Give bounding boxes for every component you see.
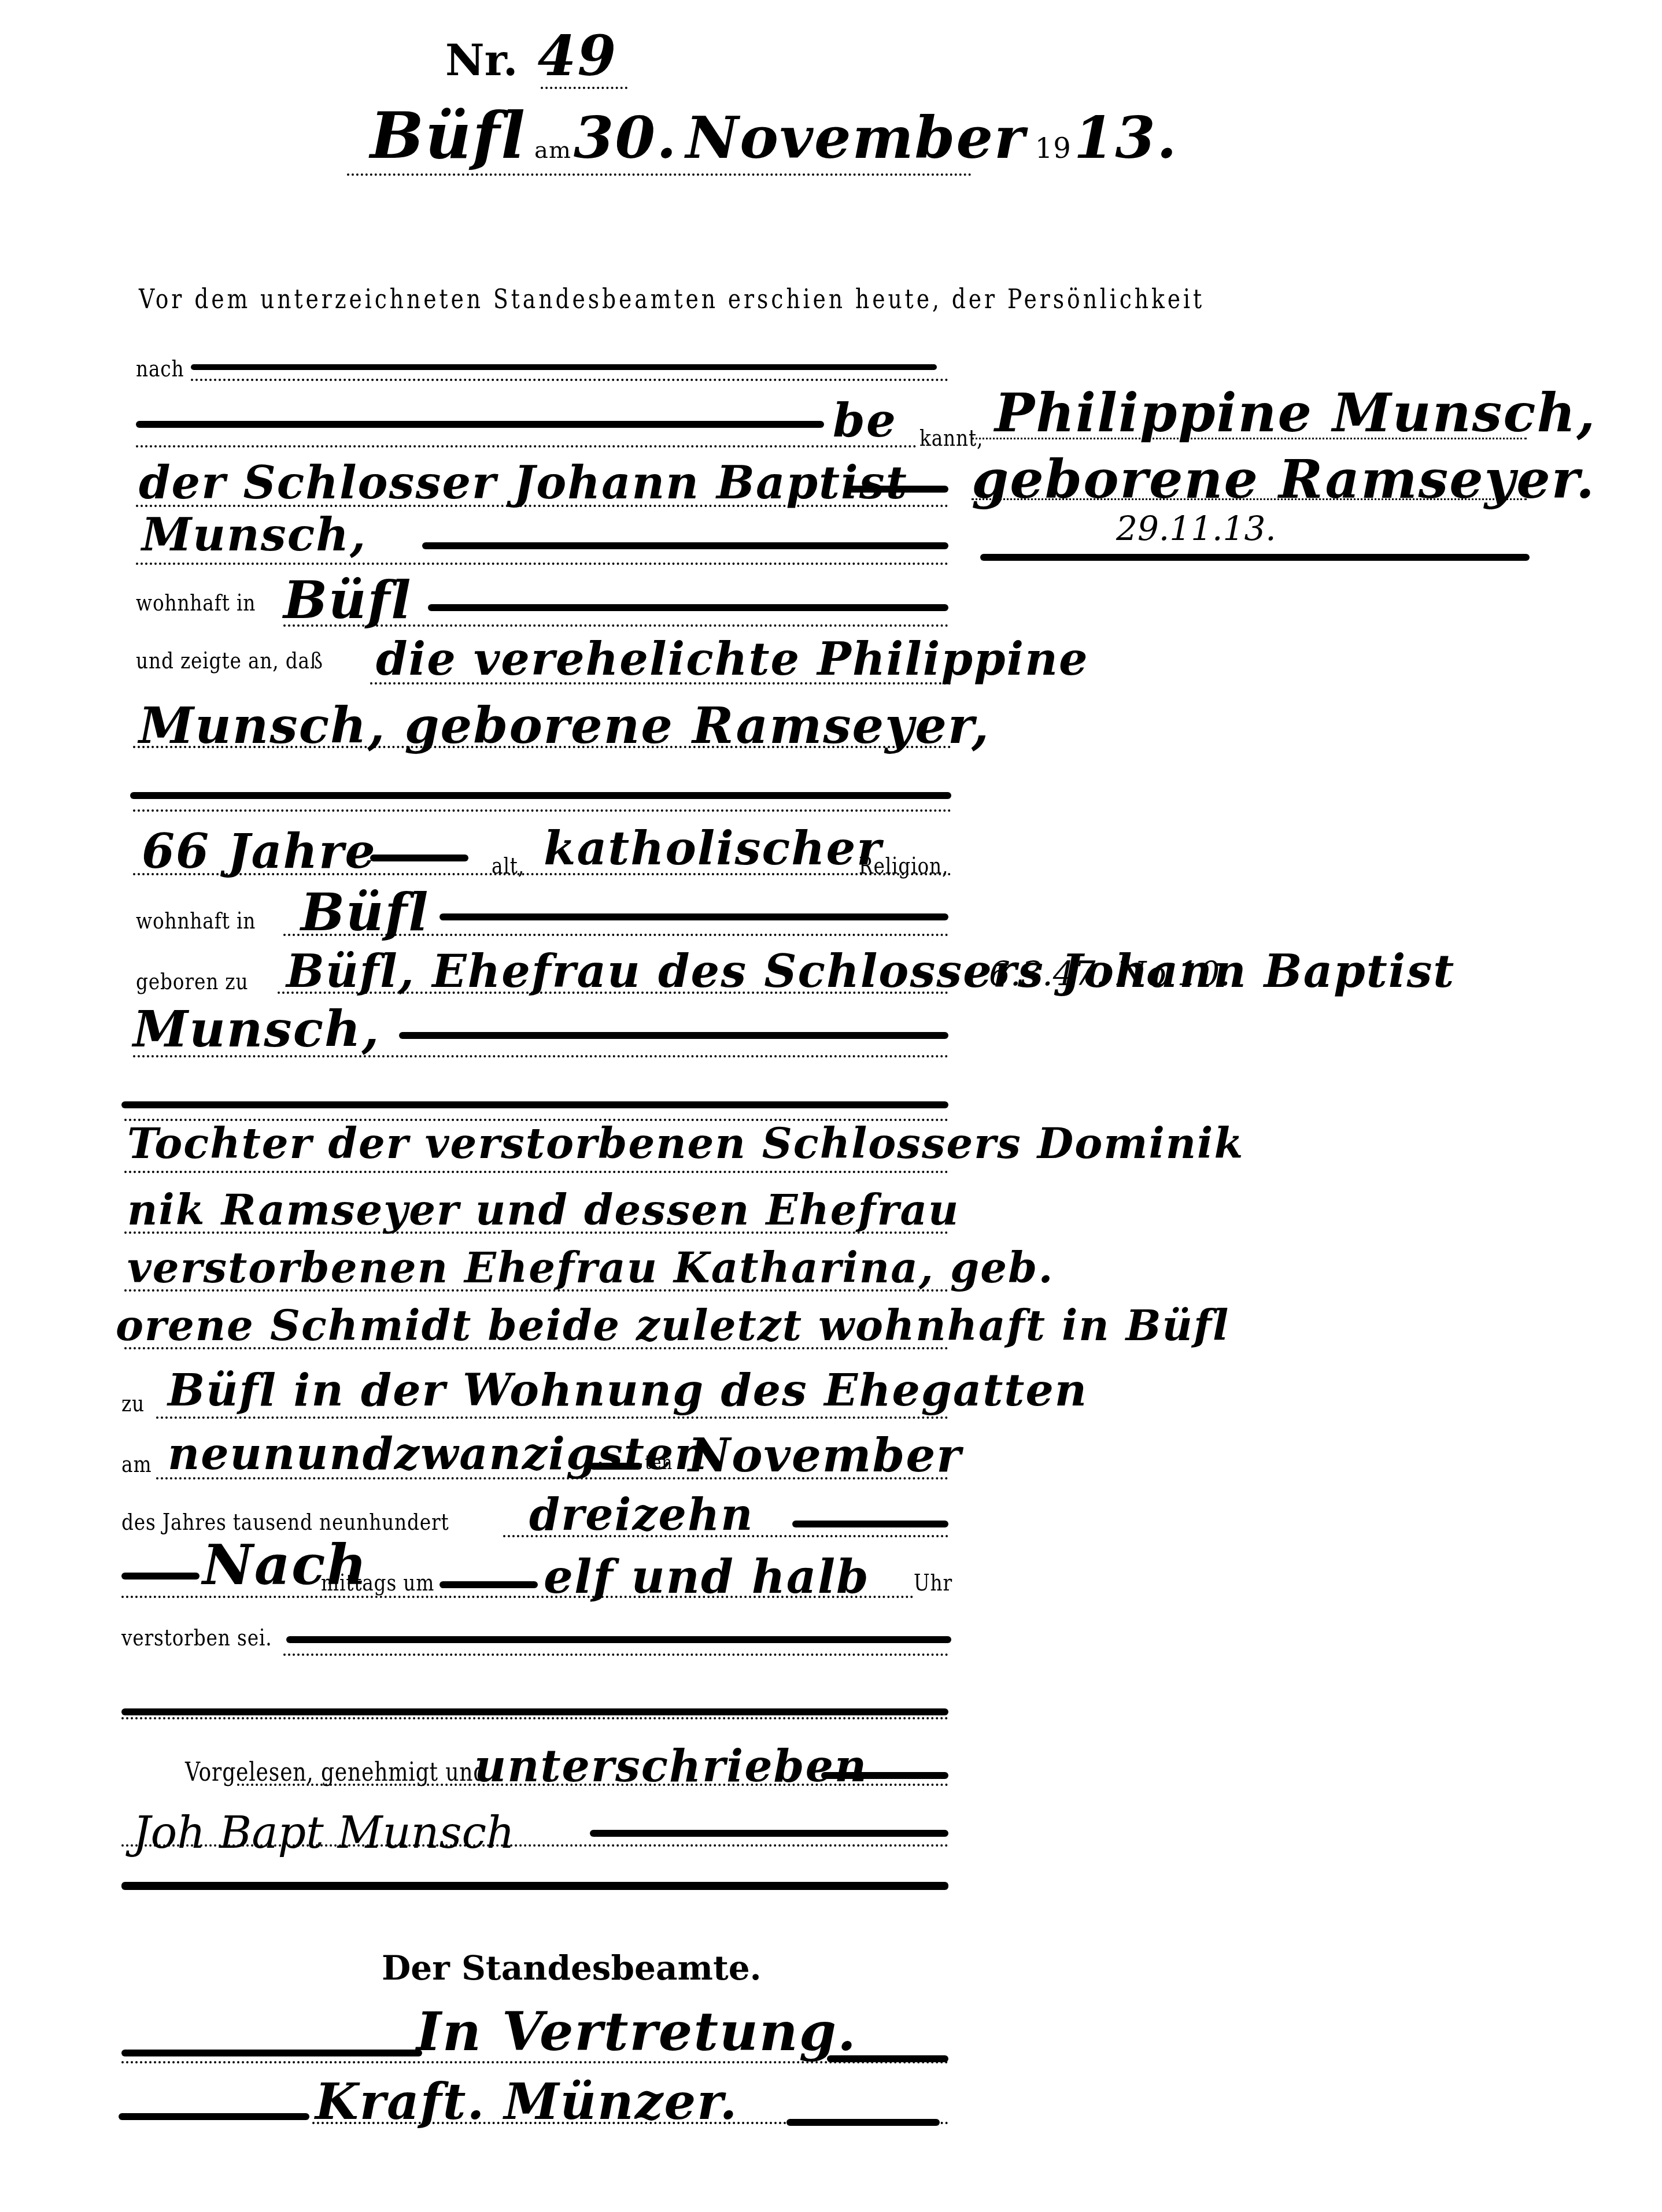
parents-dotted-line3 <box>124 1289 948 1292</box>
religion-label: Religion, <box>859 853 948 879</box>
strike-bar <box>821 1772 948 1779</box>
margin-underline <box>980 554 1530 561</box>
alt-label: alt, <box>492 853 525 879</box>
parents-dotted-line2 <box>124 1231 948 1234</box>
parents-dotted-line4 <box>124 1347 948 1349</box>
verstorben-label: verstorben sei. <box>121 1625 272 1651</box>
mittags-dotted-line <box>121 1596 914 1598</box>
strike-bar <box>439 1581 538 1588</box>
nach-label: nach <box>136 356 184 382</box>
nach-dotted-line <box>191 379 948 381</box>
strike-bar <box>136 421 824 428</box>
strike-bar <box>121 1573 200 1580</box>
uhr-label: Uhr <box>914 1570 952 1596</box>
strike-bar <box>399 1032 948 1039</box>
strike-bar <box>370 855 468 861</box>
parents-line4: orene Schmidt beide zuletzt wohnhaft in … <box>116 1301 1229 1350</box>
blank-dotted-line <box>121 1717 948 1719</box>
parents-dotted-line1 <box>124 1171 948 1173</box>
strike-bar <box>590 1463 642 1470</box>
birth-register-note: 6.3.47. No 10. <box>989 954 1231 993</box>
header-dotted-line <box>347 173 972 176</box>
margin-name-line2: geborene Ramseyer. <box>972 448 1595 511</box>
strike-bar <box>121 2050 422 2056</box>
entry-number: Nr. 49 <box>445 23 617 88</box>
informant-dotted-line1 <box>136 505 948 507</box>
register-page: Nr. 49 Büfl am 30. November 19 13. Vor d… <box>0 0 1662 2212</box>
zu-value: Büfl in der Wohnung des Ehegatten <box>168 1364 1088 1416</box>
wohnhaft-dotted-line <box>283 624 948 627</box>
vorgelesen-dotted-line <box>237 1784 948 1786</box>
strike-bar <box>844 486 948 493</box>
wohnhaft-value: Büfl <box>283 569 412 631</box>
strike-bar <box>130 792 951 799</box>
number-dotted-line <box>541 87 627 89</box>
header-month: November <box>686 103 1026 172</box>
official-dotted-line <box>312 2122 948 2124</box>
am-value: neunundzwanzigsten <box>168 1428 708 1479</box>
zeigte-label: und zeigte an, daß <box>136 648 323 674</box>
blank-dotted-line <box>133 809 951 812</box>
deceased-line1: die verehelichte Philippine <box>376 633 1089 686</box>
margin-dotted-line1 <box>972 438 1527 439</box>
header-date-prefix: am <box>534 137 571 164</box>
geboren-value-line2: Munsch, <box>133 1000 381 1059</box>
verstorben-dotted-line <box>283 1654 948 1656</box>
deputy-note: In Vertretung. <box>416 2000 857 2063</box>
informant-dotted-line2 <box>136 563 948 565</box>
intro-text: Vor dem unterzeichneten Standesbeamten e… <box>139 283 1205 315</box>
vorgelesen-label: Vorgelesen, genehmigt und <box>185 1758 487 1787</box>
header-year-written: 13. <box>1074 103 1178 172</box>
informant-signature: Joh Bapt Munsch <box>133 1807 515 1858</box>
jahres-dotted-line <box>503 1535 948 1537</box>
bekannt-dotted-line <box>136 445 917 447</box>
bekannt-written: be <box>833 393 897 447</box>
geboren-dotted-line <box>278 992 948 994</box>
ten-label: ten <box>645 1451 673 1474</box>
am-label: am <box>121 1451 152 1478</box>
deceased-dotted-line2 <box>133 746 951 748</box>
strike-bar <box>191 364 937 370</box>
header-day: 30. <box>574 103 678 172</box>
margin-date: 29.11.13. <box>1116 509 1276 548</box>
strike-bar <box>119 2113 309 2120</box>
signature-dotted-line <box>121 1844 948 1847</box>
parents-line3: verstorbenen Ehefrau Katharina, geb. <box>127 1243 1054 1292</box>
strike-bar <box>422 542 948 549</box>
jahres-value: dreizehn <box>529 1489 754 1540</box>
geboren-dotted-line2 <box>133 1055 948 1057</box>
strike-bar <box>121 1101 948 1108</box>
header-place: Büfl <box>370 98 526 173</box>
header-place-date: Büfl am 30. November 19 13. <box>370 98 1178 173</box>
zeigte-dotted-line <box>370 682 951 685</box>
strike-bar <box>428 604 948 611</box>
margin-name-line1: Philippine Munsch, <box>995 382 1596 444</box>
official-title: Der Standesbeamte. <box>382 1948 762 1988</box>
wohnhaft2-label: wohnhaft in <box>136 908 256 934</box>
margin-dotted-line2 <box>972 498 1527 500</box>
number-label: Nr. <box>445 36 518 86</box>
geboren-label: geboren zu <box>136 968 248 995</box>
strike-bar <box>792 1521 948 1527</box>
strike-bar <box>590 1830 948 1837</box>
am-dotted-line <box>156 1477 948 1479</box>
strike-bar <box>121 1882 948 1890</box>
wohnhaft-label: wohnhaft in <box>136 590 256 616</box>
age-value: 66 Jahre <box>142 824 376 879</box>
informant-name-line2: Munsch, <box>142 509 367 561</box>
number-value: 49 <box>538 23 618 88</box>
geboren-value: Büfl, Ehefrau des Schlossers Johann Bapt… <box>286 945 1455 998</box>
informant-name-line1: der Schlosser Johann Baptist <box>139 457 908 509</box>
age-dotted-line <box>133 873 951 875</box>
strike-bar <box>121 1708 948 1715</box>
zu-dotted-line <box>156 1416 948 1419</box>
zu-label: zu <box>121 1390 145 1417</box>
deputy-dotted-line <box>121 2061 948 2063</box>
mittags-label: mittags um <box>321 1570 434 1596</box>
parents-line1: Tochter der verstorbenen Schlossers Domi… <box>127 1119 1244 1168</box>
parents-line2: nik Ramseyer und dessen Ehefrau <box>127 1185 959 1234</box>
wohnhaft2-dotted-line <box>283 934 948 936</box>
strike-bar <box>439 913 948 920</box>
religion-value: katholischer <box>544 821 882 875</box>
header-year-printed: 19 <box>1035 132 1072 165</box>
am-month: November <box>688 1428 962 1482</box>
strike-bar <box>286 1636 951 1643</box>
